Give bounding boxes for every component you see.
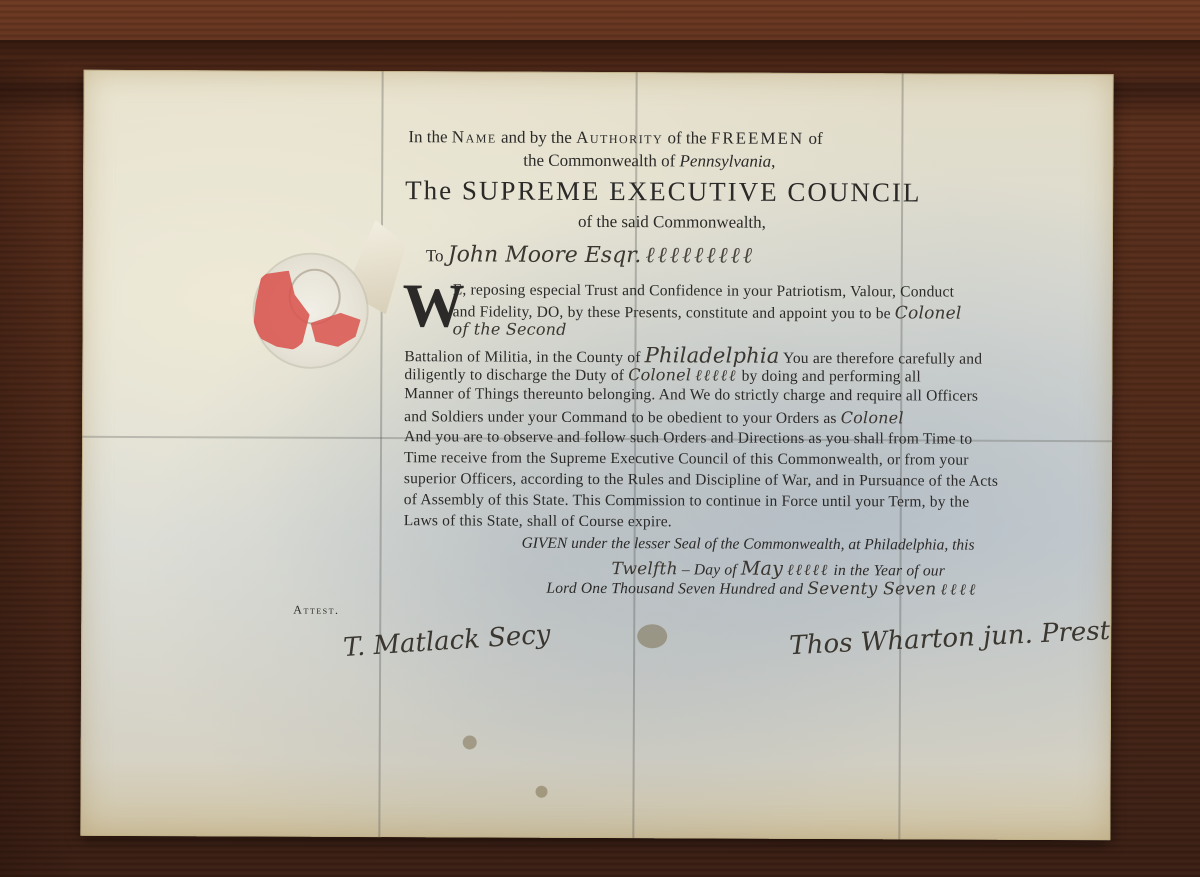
stain [463, 735, 477, 749]
body-line: Laws of this State, shall of Course expi… [404, 512, 672, 531]
stain [536, 786, 548, 798]
handwritten-rank: Colonel [895, 303, 962, 323]
handwritten-day: Twelfth [611, 559, 677, 579]
attest-label: Attest. [293, 603, 339, 618]
handwritten-county: Philadelphia [645, 343, 780, 368]
secretary-signature: T. Matlack Secy [342, 620, 551, 664]
body-line: of Assembly of this State. This Commissi… [404, 491, 970, 511]
table-left-shadow [0, 60, 80, 877]
header-line-1: In the Name and by the Authority of the … [408, 127, 822, 149]
handwritten-battalion: of the Second [453, 319, 567, 338]
handwritten-duty: Colonel [628, 365, 691, 384]
given-line-2: Twelfth – Day of May ℓℓℓℓℓ in the Year o… [611, 557, 945, 580]
council-title: The SUPREME EXECUTIVE COUNCIL [405, 175, 921, 208]
body-line: Time receive from the Supreme Executive … [404, 449, 969, 469]
stain [637, 624, 667, 648]
body-line: superior Officers, according to the Rule… [404, 470, 998, 491]
given-line-3: Lord One Thousand Seven Hundred and Seve… [546, 578, 978, 600]
addressee-name: John Moore Esqr. [448, 242, 642, 268]
wax-seal [254, 255, 366, 367]
header-line-2: the Commonwealth of Pennsylvania, [523, 151, 775, 172]
president-signature: Thos Wharton jun. Prest [789, 616, 1111, 661]
handwritten-month: May [741, 558, 783, 580]
body-line: and Soldiers under your Command to be ob… [404, 406, 904, 428]
pen-flourish: ℓℓℓℓℓℓℓℓℓ [645, 243, 755, 268]
given-line-1: GIVEN under the lesser Seal of the Commo… [522, 535, 975, 555]
body-line: diligently to discharge the Duty of Colo… [404, 364, 921, 386]
body-line: And you are to observe and follow such O… [404, 428, 972, 448]
council-subtitle: of the said Commonwealth, [578, 212, 766, 233]
handwritten-year: Seventy Seven [807, 579, 936, 600]
body-line: E, reposing especial Trust and Confidenc… [453, 281, 954, 301]
fold-line [378, 71, 383, 837]
addressee-line: To John Moore Esqr. ℓℓℓℓℓℓℓℓℓ [426, 241, 755, 268]
handwritten-orders-rank: Colonel [841, 408, 904, 427]
body-line: Manner of Things thereunto belonging. An… [404, 385, 978, 406]
commission-document: In the Name and by the Authority of the … [80, 70, 1113, 840]
